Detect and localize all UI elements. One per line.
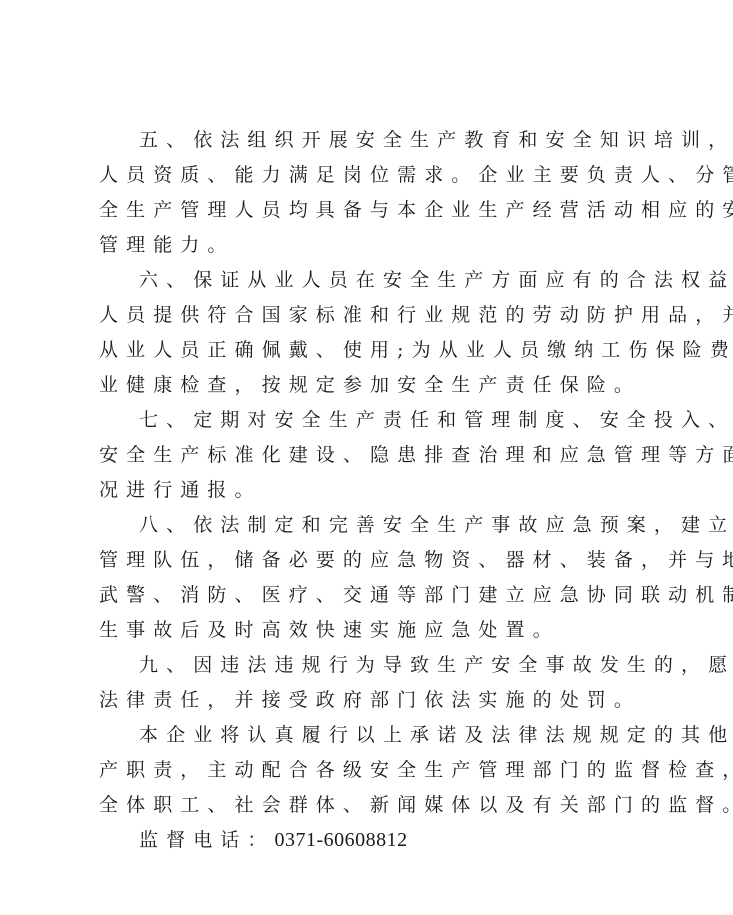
paragraph-item-5: 五、依法组织开展安全生产教育和安全知识培训，确保从业 人员资质、能力满足岗位需求… bbox=[99, 123, 671, 263]
text-line: 生事故后及时高效快速实施应急处置。 bbox=[99, 613, 671, 648]
text-line: 业健康检查，按规定参加安全生产责任保险。 bbox=[99, 368, 671, 403]
text-line: 全体职工、社会群体、新闻媒体以及有关部门的监督。 bbox=[99, 788, 671, 823]
paragraph-item-6: 六、保证从业人员在安全生产方面应有的合法权益，为从业 人员提供符合国家标准和行业… bbox=[99, 263, 671, 403]
text-line: 安全生产标准化建设、隐患排查治理和应急管理等方面的落实情 bbox=[99, 438, 671, 473]
text-line: 全生产管理人员均具备与本企业生产经营活动相应的安全生产 bbox=[99, 193, 671, 228]
contact-label: 监督电话： bbox=[139, 829, 275, 851]
text-line: 武警、消防、医疗、交通等部门建立应急协同联动机制，确保发 bbox=[99, 578, 671, 613]
supervision-contact: 监督电话：0371-60608812 bbox=[99, 823, 671, 858]
text-line: 管理能力。 bbox=[99, 228, 671, 263]
text-line: 产职责，主动配合各级安全生产管理部门的监督检查，自愿接受 bbox=[99, 753, 671, 788]
text-line: 法律责任，并接受政府部门依法实施的处罚。 bbox=[99, 683, 671, 718]
text-line: 从业人员正确佩戴、使用;为从业人员缴纳工伤保险费，开展职 bbox=[99, 333, 671, 368]
document-page: 五、依法组织开展安全生产教育和安全知识培训，确保从业 人员资质、能力满足岗位需求… bbox=[99, 123, 671, 858]
text-line: 本企业将认真履行以上承诺及法律法规规定的其他安全生 bbox=[99, 718, 671, 753]
text-line: 六、保证从业人员在安全生产方面应有的合法权益，为从业 bbox=[99, 263, 671, 298]
paragraph-closing: 本企业将认真履行以上承诺及法律法规规定的其他安全生 产职责，主动配合各级安全生产… bbox=[99, 718, 671, 823]
text-line: 人员提供符合国家标准和行业规范的劳动防护用品，并监督教育 bbox=[99, 298, 671, 333]
paragraph-item-7: 七、定期对安全生产责任和管理制度、安全投入、安全培训、 安全生产标准化建设、隐患… bbox=[99, 403, 671, 508]
text-line: 况进行通报。 bbox=[99, 473, 671, 508]
text-line: 九、因违法违规行为导致生产安全事故发生的，愿承担相应 bbox=[99, 648, 671, 683]
text-line: 人员资质、能力满足岗位需求。企业主要负责人、分管领导和安 bbox=[99, 158, 671, 193]
paragraph-item-8: 八、依法制定和完善安全生产事故应急预案，建立健全应急 管理队伍，储备必要的应急物… bbox=[99, 508, 671, 648]
paragraph-item-9: 九、因违法违规行为导致生产安全事故发生的，愿承担相应 法律责任，并接受政府部门依… bbox=[99, 648, 671, 718]
text-line: 八、依法制定和完善安全生产事故应急预案，建立健全应急 bbox=[99, 508, 671, 543]
text-line: 管理队伍，储备必要的应急物资、器材、装备，并与地方政府和 bbox=[99, 543, 671, 578]
text-line: 五、依法组织开展安全生产教育和安全知识培训，确保从业 bbox=[99, 123, 671, 158]
text-line: 七、定期对安全生产责任和管理制度、安全投入、安全培训、 bbox=[99, 403, 671, 438]
contact-phone: 0371-60608812 bbox=[275, 829, 408, 851]
